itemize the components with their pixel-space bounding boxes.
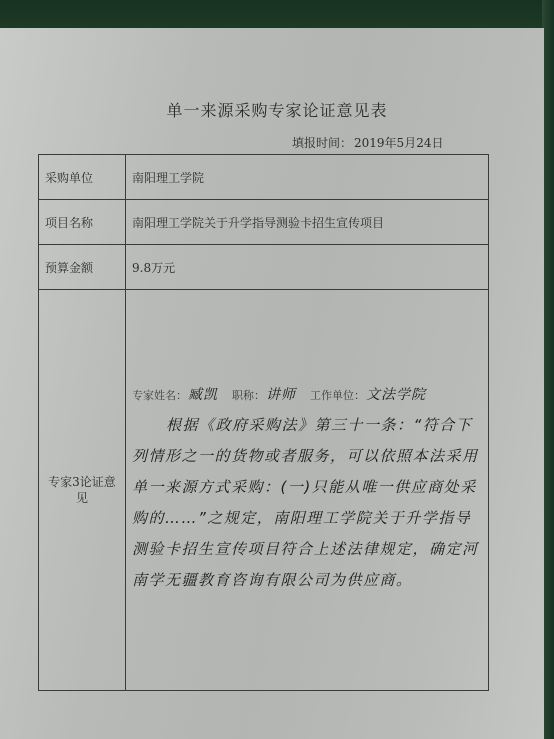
expert-title-label: 职称：	[232, 387, 265, 403]
opinion-handwritten-text: 根据《政府采购法》第三十一条：“符合下列情形之一的货物或者服务，可以依照本法采用…	[132, 410, 482, 596]
fill-date-value: 2019年5月24日	[354, 136, 443, 150]
expert-name-label: 专家姓名：	[132, 387, 187, 403]
budget-label: 预算金额	[39, 245, 126, 290]
expert-unit-label: 工作单位：	[310, 387, 365, 403]
project-name-value: 南阳理工学院关于升学指导测验卡招生宣传项目	[126, 200, 489, 245]
expert-name: 臧凯	[188, 384, 218, 404]
expert-opinion-label: 专家3论证意见	[39, 290, 126, 691]
table-row: 专家3论证意见 专家姓名： 臧凯 职称： 讲师 工作单位： 文法学院 根据《政府…	[39, 290, 489, 691]
project-name-label: 项目名称	[39, 200, 126, 245]
fill-date: 填报时间：2019年5月24日	[292, 134, 443, 151]
procurement-unit-label: 采购单位	[39, 155, 126, 200]
background-desk	[0, 0, 554, 30]
expert-opinion-cell: 专家姓名： 臧凯 职称： 讲师 工作单位： 文法学院 根据《政府采购法》第三十一…	[126, 290, 489, 691]
procurement-unit-value: 南阳理工学院	[126, 155, 489, 200]
expert-title: 讲师	[266, 384, 296, 404]
expert-info-line: 专家姓名： 臧凯 职称： 讲师 工作单位： 文法学院	[132, 384, 482, 404]
table-row: 采购单位 南阳理工学院	[39, 155, 489, 200]
page-title: 单一来源采购专家论证意见表	[0, 98, 554, 121]
budget-value: 9.8万元	[126, 245, 489, 290]
table-row: 预算金额 9.8万元	[39, 245, 489, 290]
table-row: 项目名称 南阳理工学院关于升学指导测验卡招生宣传项目	[39, 200, 489, 245]
fill-date-label: 填报时间：	[292, 136, 352, 150]
opinion-form-table: 采购单位 南阳理工学院 项目名称 南阳理工学院关于升学指导测验卡招生宣传项目 预…	[38, 154, 489, 691]
expert-unit: 文法学院	[366, 384, 426, 404]
